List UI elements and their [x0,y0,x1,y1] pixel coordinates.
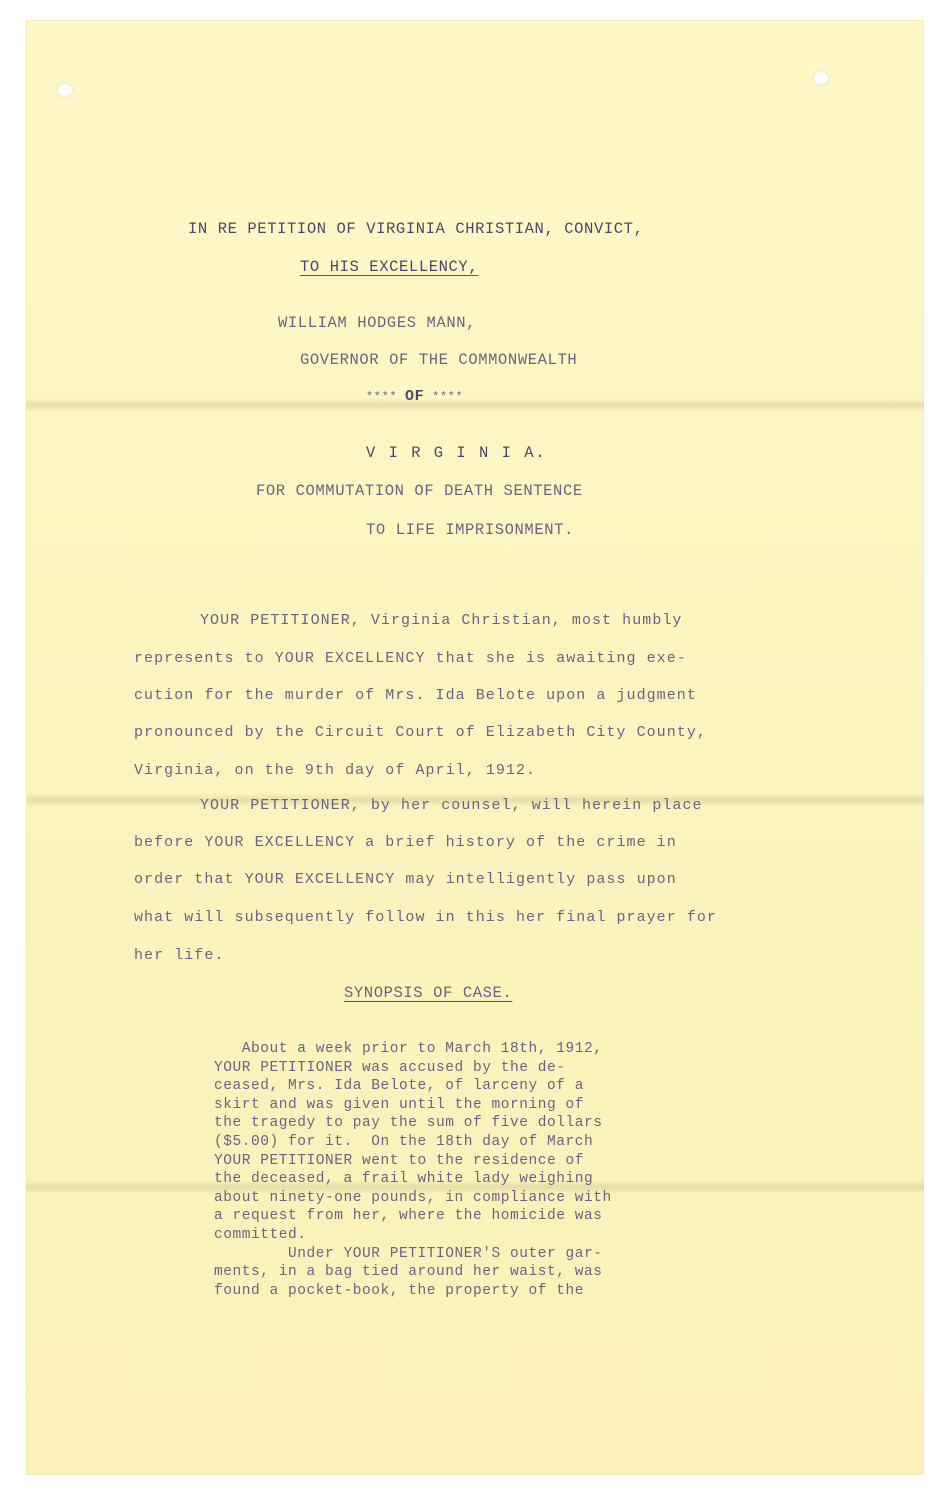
synopsis-line: about ninety-one pounds, in compliance w… [214,1189,714,1208]
paragraph1-line: Virginia, on the 9th day of April, 1912. [134,762,536,780]
synopsis-line: ($5.00) for it. On the 18th day of March [214,1133,714,1152]
heading-line-governor-title: GOVERNOR OF THE COMMONWEALTH [300,351,577,369]
section-title-text: SYNOPSIS OF CASE. [344,984,512,1002]
punch-hole-left [58,84,72,96]
paragraph1-line: cution for the murder of Mrs. Ida Belote… [134,687,697,705]
synopsis-line: YOUR PETITIONER was accused by the de- [214,1059,714,1078]
heading-line-virginia: V I R G I N I A. [366,444,547,462]
heading-of-word: OF [405,388,424,405]
synopsis-line: ments, in a bag tied around her waist, w… [214,1263,714,1282]
synopsis-line: YOUR PETITIONER went to the residence of [214,1152,714,1171]
synopsis-line: found a pocket-book, the property of the [214,1282,714,1301]
punch-hole-right [814,72,828,84]
synopsis-line: skirt and was given until the morning of [214,1096,714,1115]
heading-line-life-imprisonment: TO LIFE IMPRISONMENT. [366,521,574,539]
heading-line-governor-name: WILLIAM HODGES MANN, [278,314,476,332]
paper-fold-line [26,398,924,412]
synopsis-line: ceased, Mrs. Ida Belote, of larceny of a [214,1077,714,1096]
heading-line-commutation: FOR COMMUTATION OF DEATH SENTENCE [256,482,583,500]
synopsis-line: the tragedy to pay the sum of five dolla… [214,1114,714,1133]
section-title-synopsis: SYNOPSIS OF CASE. [344,984,512,1002]
synopsis-line: committed. [214,1226,714,1245]
paragraph2-line: before YOUR EXCELLENCY a brief history o… [134,834,677,852]
paragraph2-line: her life. [134,947,224,965]
synopsis-line: a request from her, where the homicide w… [214,1207,714,1226]
paragraph2-line: order that YOUR EXCELLENCY may intellige… [134,871,677,889]
heading-to-his-excellency-text: TO HIS EXCELLENCY, [300,258,478,276]
heading-line-to-his-excellency: TO HIS EXCELLENCY, [300,258,478,276]
synopsis-block: About a week prior to March 18th, 1912, … [214,1040,714,1300]
paragraph2-line: YOUR PETITIONER, by her counsel, will he… [200,797,703,815]
paragraph1-line: pronounced by the Circuit Court of Eliza… [134,724,707,742]
paragraph1-line: YOUR PETITIONER, Virginia Christian, mos… [200,612,682,630]
paragraph2-line: what will subsequently follow in this he… [134,909,717,927]
synopsis-line: About a week prior to March 18th, 1912, [214,1040,714,1059]
synopsis-line: Under YOUR PETITIONER'S outer gar- [214,1245,714,1264]
paragraph1-line: represents to YOUR EXCELLENCY that she i… [134,650,687,668]
heading-line-petition: IN RE PETITION OF VIRGINIA CHRISTIAN, CO… [188,220,643,238]
synopsis-line: the deceased, a frail white lady weighin… [214,1170,714,1189]
heading-line-of: **** OF **** [366,388,463,406]
asterisk-ornament-right: **** [432,390,463,404]
asterisk-ornament-left: **** [366,390,397,404]
